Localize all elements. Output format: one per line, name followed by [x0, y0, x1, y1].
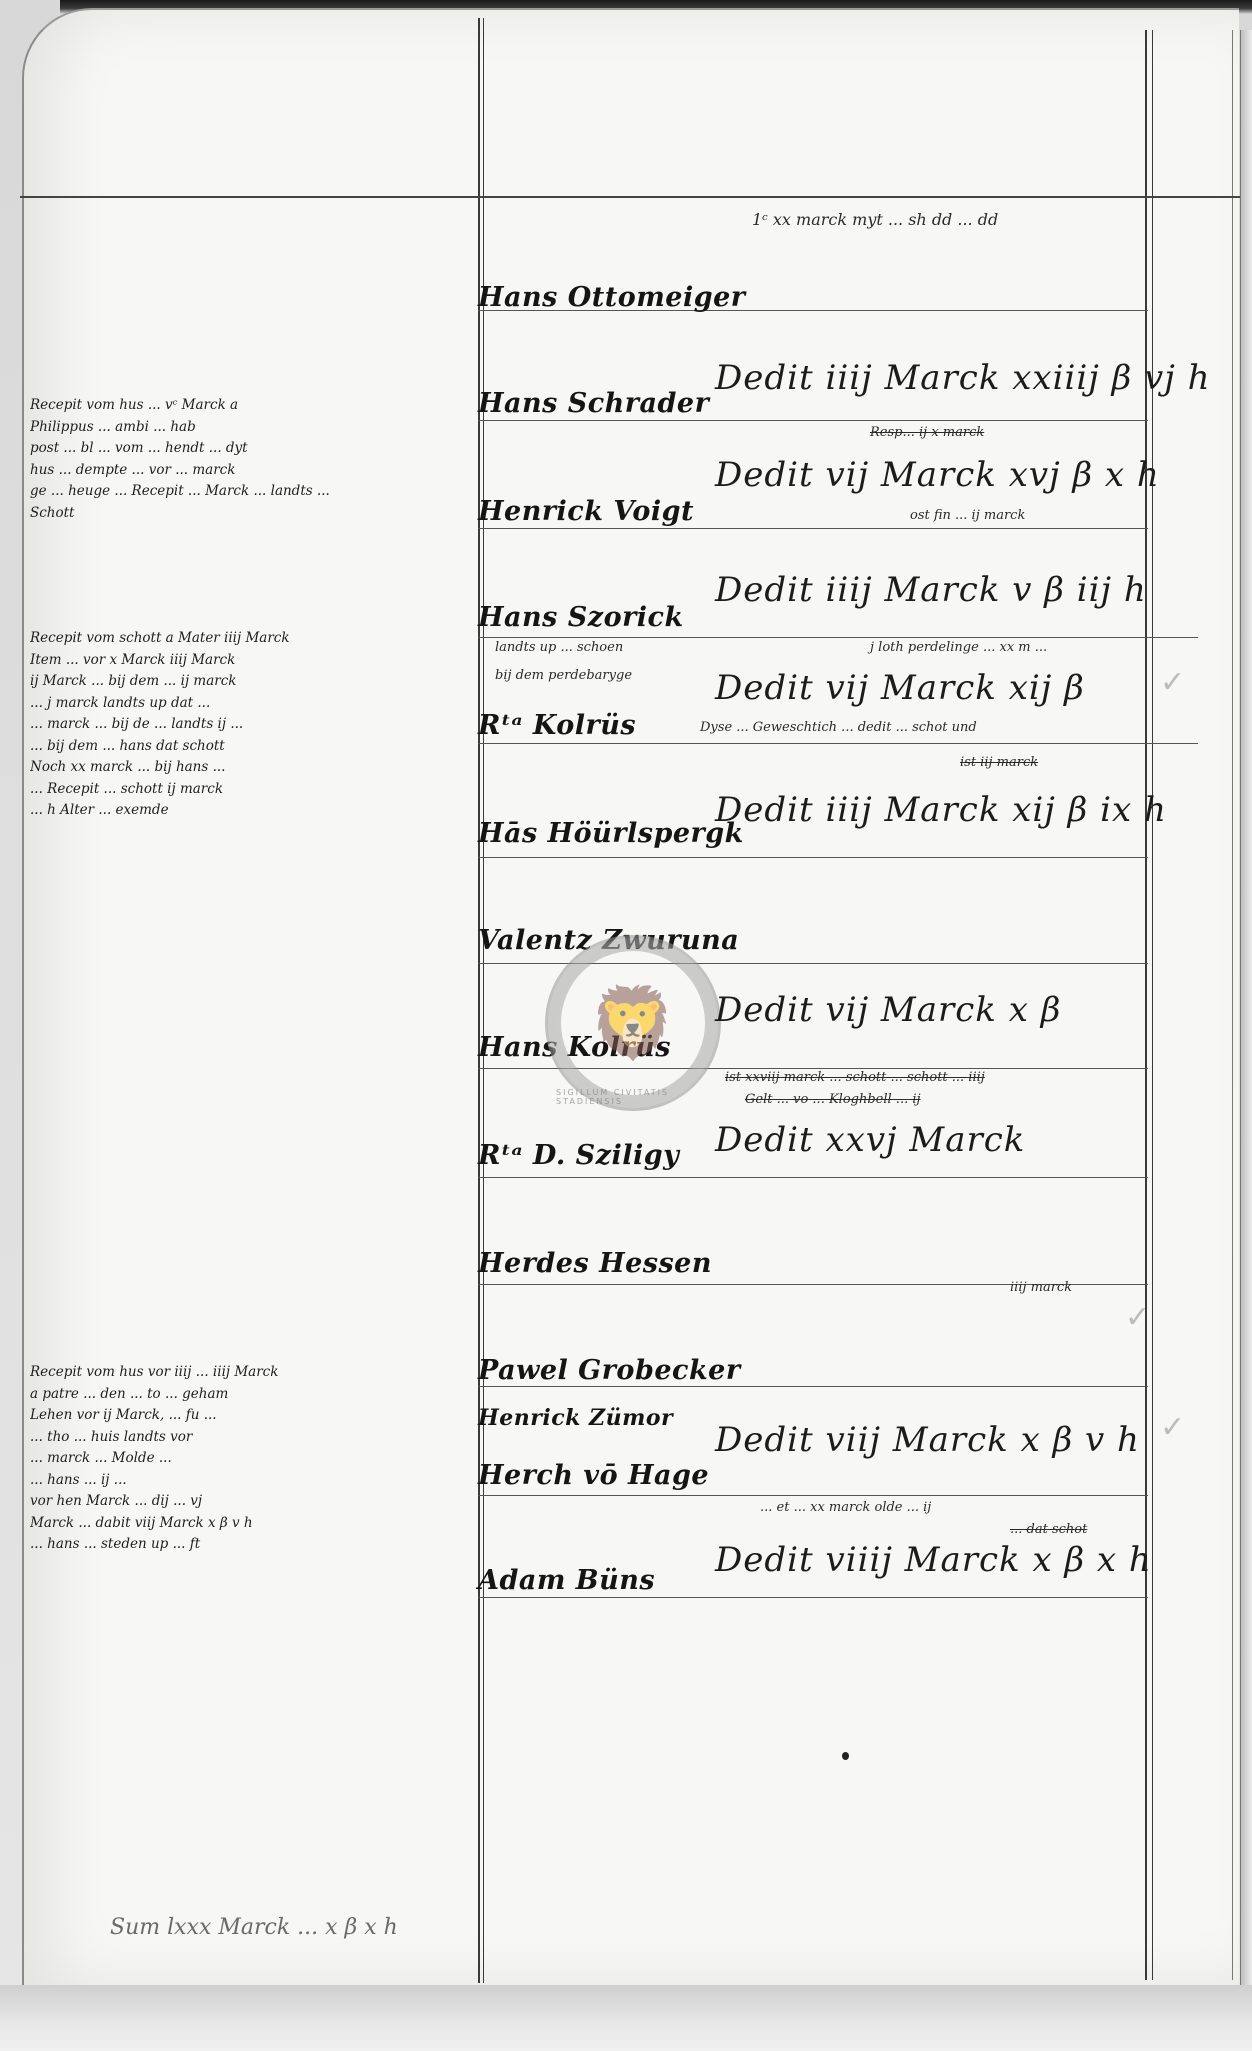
taxpayer-name: Henrick Voigt [478, 496, 694, 527]
margin-note-line: ... Recepit ... schott ij marck [30, 779, 470, 801]
payment-entry: Dedit vij Marck xij β [715, 668, 1085, 708]
margin-note-line: Noch xx marck ... bij hans ... [30, 757, 470, 779]
payment-entry: Dedit vij Marck x β [715, 990, 1061, 1030]
taxpayer-name: Adam Büns [478, 1565, 655, 1596]
margin-note-line: ij Marck ... bij dem ... ij marck [30, 671, 470, 693]
margin-note-line: ... bij dem ... hans dat schott [30, 736, 470, 758]
row-rule [478, 1495, 1148, 1496]
right-column-rule [1145, 30, 1147, 1980]
taxpayer-name: Hās Höürlspergk [478, 818, 744, 849]
row-rule [478, 1386, 1148, 1387]
interlinear-note: ost fin ... ij marck [910, 508, 1025, 523]
payment-entry: Dedit iiij Marck v β iij h [715, 570, 1147, 610]
interlinear-note: bij dem perdebaryge [495, 668, 632, 683]
lion-emblem-icon: 🦁 [583, 983, 683, 1063]
next-page-edge [1240, 30, 1252, 1990]
interlinear-note: ... et ... xx marck olde ... ij [760, 1500, 931, 1515]
margin-note-line: vor hen Marck ... dij ... vj [30, 1491, 470, 1513]
margin-note-line: hus ... dempte ... vor ... marck [30, 460, 470, 482]
interlinear-note: ist xxviij marck ... schott ... schott .… [725, 1070, 985, 1085]
margin-note-line: ... marck ... Molde ... [30, 1448, 470, 1470]
row-rule [478, 1177, 1148, 1178]
bottom-margin [0, 1985, 1252, 2051]
margin-note-line: a patre ... den ... to ... geham [30, 1384, 470, 1406]
margin-note-line: Recepit vom hus ... vᶜ Marck a [30, 395, 470, 417]
interlinear-note: Gelt ... vo ... Kloghbell ... ij [745, 1092, 921, 1107]
page-total: Sum lxxx Marck ... x β x h [110, 1915, 398, 1940]
row-rule [478, 528, 1148, 529]
header-rule [20, 196, 1240, 198]
payment-entry: Dedit xxvj Marck [715, 1120, 1025, 1160]
margin-note-block: Recepit vom schott a Mater iiij Marck It… [30, 628, 470, 822]
margin-note-line: Schott [30, 503, 470, 525]
taxpayer-name: Henrick Zümor [478, 1405, 673, 1431]
row-rule [478, 857, 1148, 858]
row-rule [478, 743, 1198, 744]
taxpayer-name: Hans Szorick [478, 602, 684, 633]
margin-note-line: ... h Alter ... exemde [30, 800, 470, 822]
payment-entry: Dedit vij Marck xvj β x h [715, 455, 1160, 495]
margin-note-block: Recepit vom hus vor iiij ... iiij Marck … [30, 1362, 470, 1556]
interlinear-note: j loth perdelinge ... xx m ... [870, 640, 1047, 655]
taxpayer-name: Hans Ottomeiger [478, 282, 746, 313]
margin-note-line: Recepit vom schott a Mater iiij Marck [30, 628, 470, 650]
margin-note-line: ... marck ... bij de ... landts ij ... [30, 714, 470, 736]
library-seal-stamp: 🦁 SIGILLUM CIVITATIS STADIENSIS [545, 935, 721, 1111]
margin-note-block: Recepit vom hus ... vᶜ Marck a Philippus… [30, 395, 470, 524]
taxpayer-name: Hans Schrader [478, 388, 709, 419]
margin-note-line: post ... bl ... vom ... hendt ... dyt [30, 438, 470, 460]
margin-note-line: ... j marck landts up dat ... [30, 693, 470, 715]
taxpayer-name: Herch vō Hage [478, 1460, 709, 1491]
interlinear-note: landts up ... schoen [495, 640, 623, 655]
interlinear-note: Resp... ij x marck [870, 425, 984, 440]
taxpayer-name: Pawel Grobecker [478, 1355, 741, 1386]
header-note: 1ᶜ xx marck myt ... sh dd ... dd [752, 210, 998, 229]
margin-note-line: ge ... heuge ... Recepit ... Marck ... l… [30, 481, 470, 503]
margin-note-line: ... tho ... huis landts vor [30, 1427, 470, 1449]
row-rule [478, 420, 1148, 421]
check-mark-icon: ✓ [1160, 665, 1185, 700]
margin-note-line: ... hans ... ij ... [30, 1470, 470, 1492]
payment-entry: Dedit viiij Marck x β x h [715, 1540, 1152, 1580]
margin-note-line: Philippus ... ambi ... hab [30, 417, 470, 439]
taxpayer-name: Rᵗᵃ Kolrüs [478, 710, 636, 741]
payment-entry: Dedit iiij Marck xij β ix h [715, 790, 1167, 830]
interlinear-note: Dyse ... Geweschtich ... dedit ... schot… [700, 720, 977, 735]
taxpayer-name: Rᵗᵃ D. Sziligy [478, 1140, 679, 1171]
ink-dot [842, 1752, 849, 1760]
taxpayer-name: Herdes Hessen [478, 1248, 712, 1279]
margin-note-line: Recepit vom hus vor iiij ... iiij Marck [30, 1362, 470, 1384]
payment-entry: Dedit viij Marck x β v h [715, 1420, 1140, 1460]
row-rule [478, 1597, 1148, 1598]
check-mark-icon: ✓ [1125, 1300, 1150, 1335]
page-edge-rule [1232, 30, 1233, 1980]
margin-note-line: Lehen vor ij Marck, ... fu ... [30, 1405, 470, 1427]
row-rule [478, 637, 1198, 638]
margin-note-line: Item ... vor x Marck iiij Marck [30, 650, 470, 672]
margin-note-line: ... hans ... steden up ... ft [30, 1534, 470, 1556]
payment-entry: Dedit iiij Marck xxiiij β vj h [715, 358, 1211, 398]
seal-inscription: SIGILLUM CIVITATIS STADIENSIS [556, 1088, 718, 1106]
margin-note-line: Marck ... dabit viij Marck x β v h [30, 1513, 470, 1535]
interlinear-note: ist iij marck [960, 755, 1038, 770]
interlinear-note: ... dat schot [1010, 1522, 1087, 1537]
interlinear-note: iiij marck [1010, 1280, 1072, 1295]
right-column-rule-2 [1152, 30, 1153, 1980]
check-mark-icon: ✓ [1160, 1410, 1185, 1445]
